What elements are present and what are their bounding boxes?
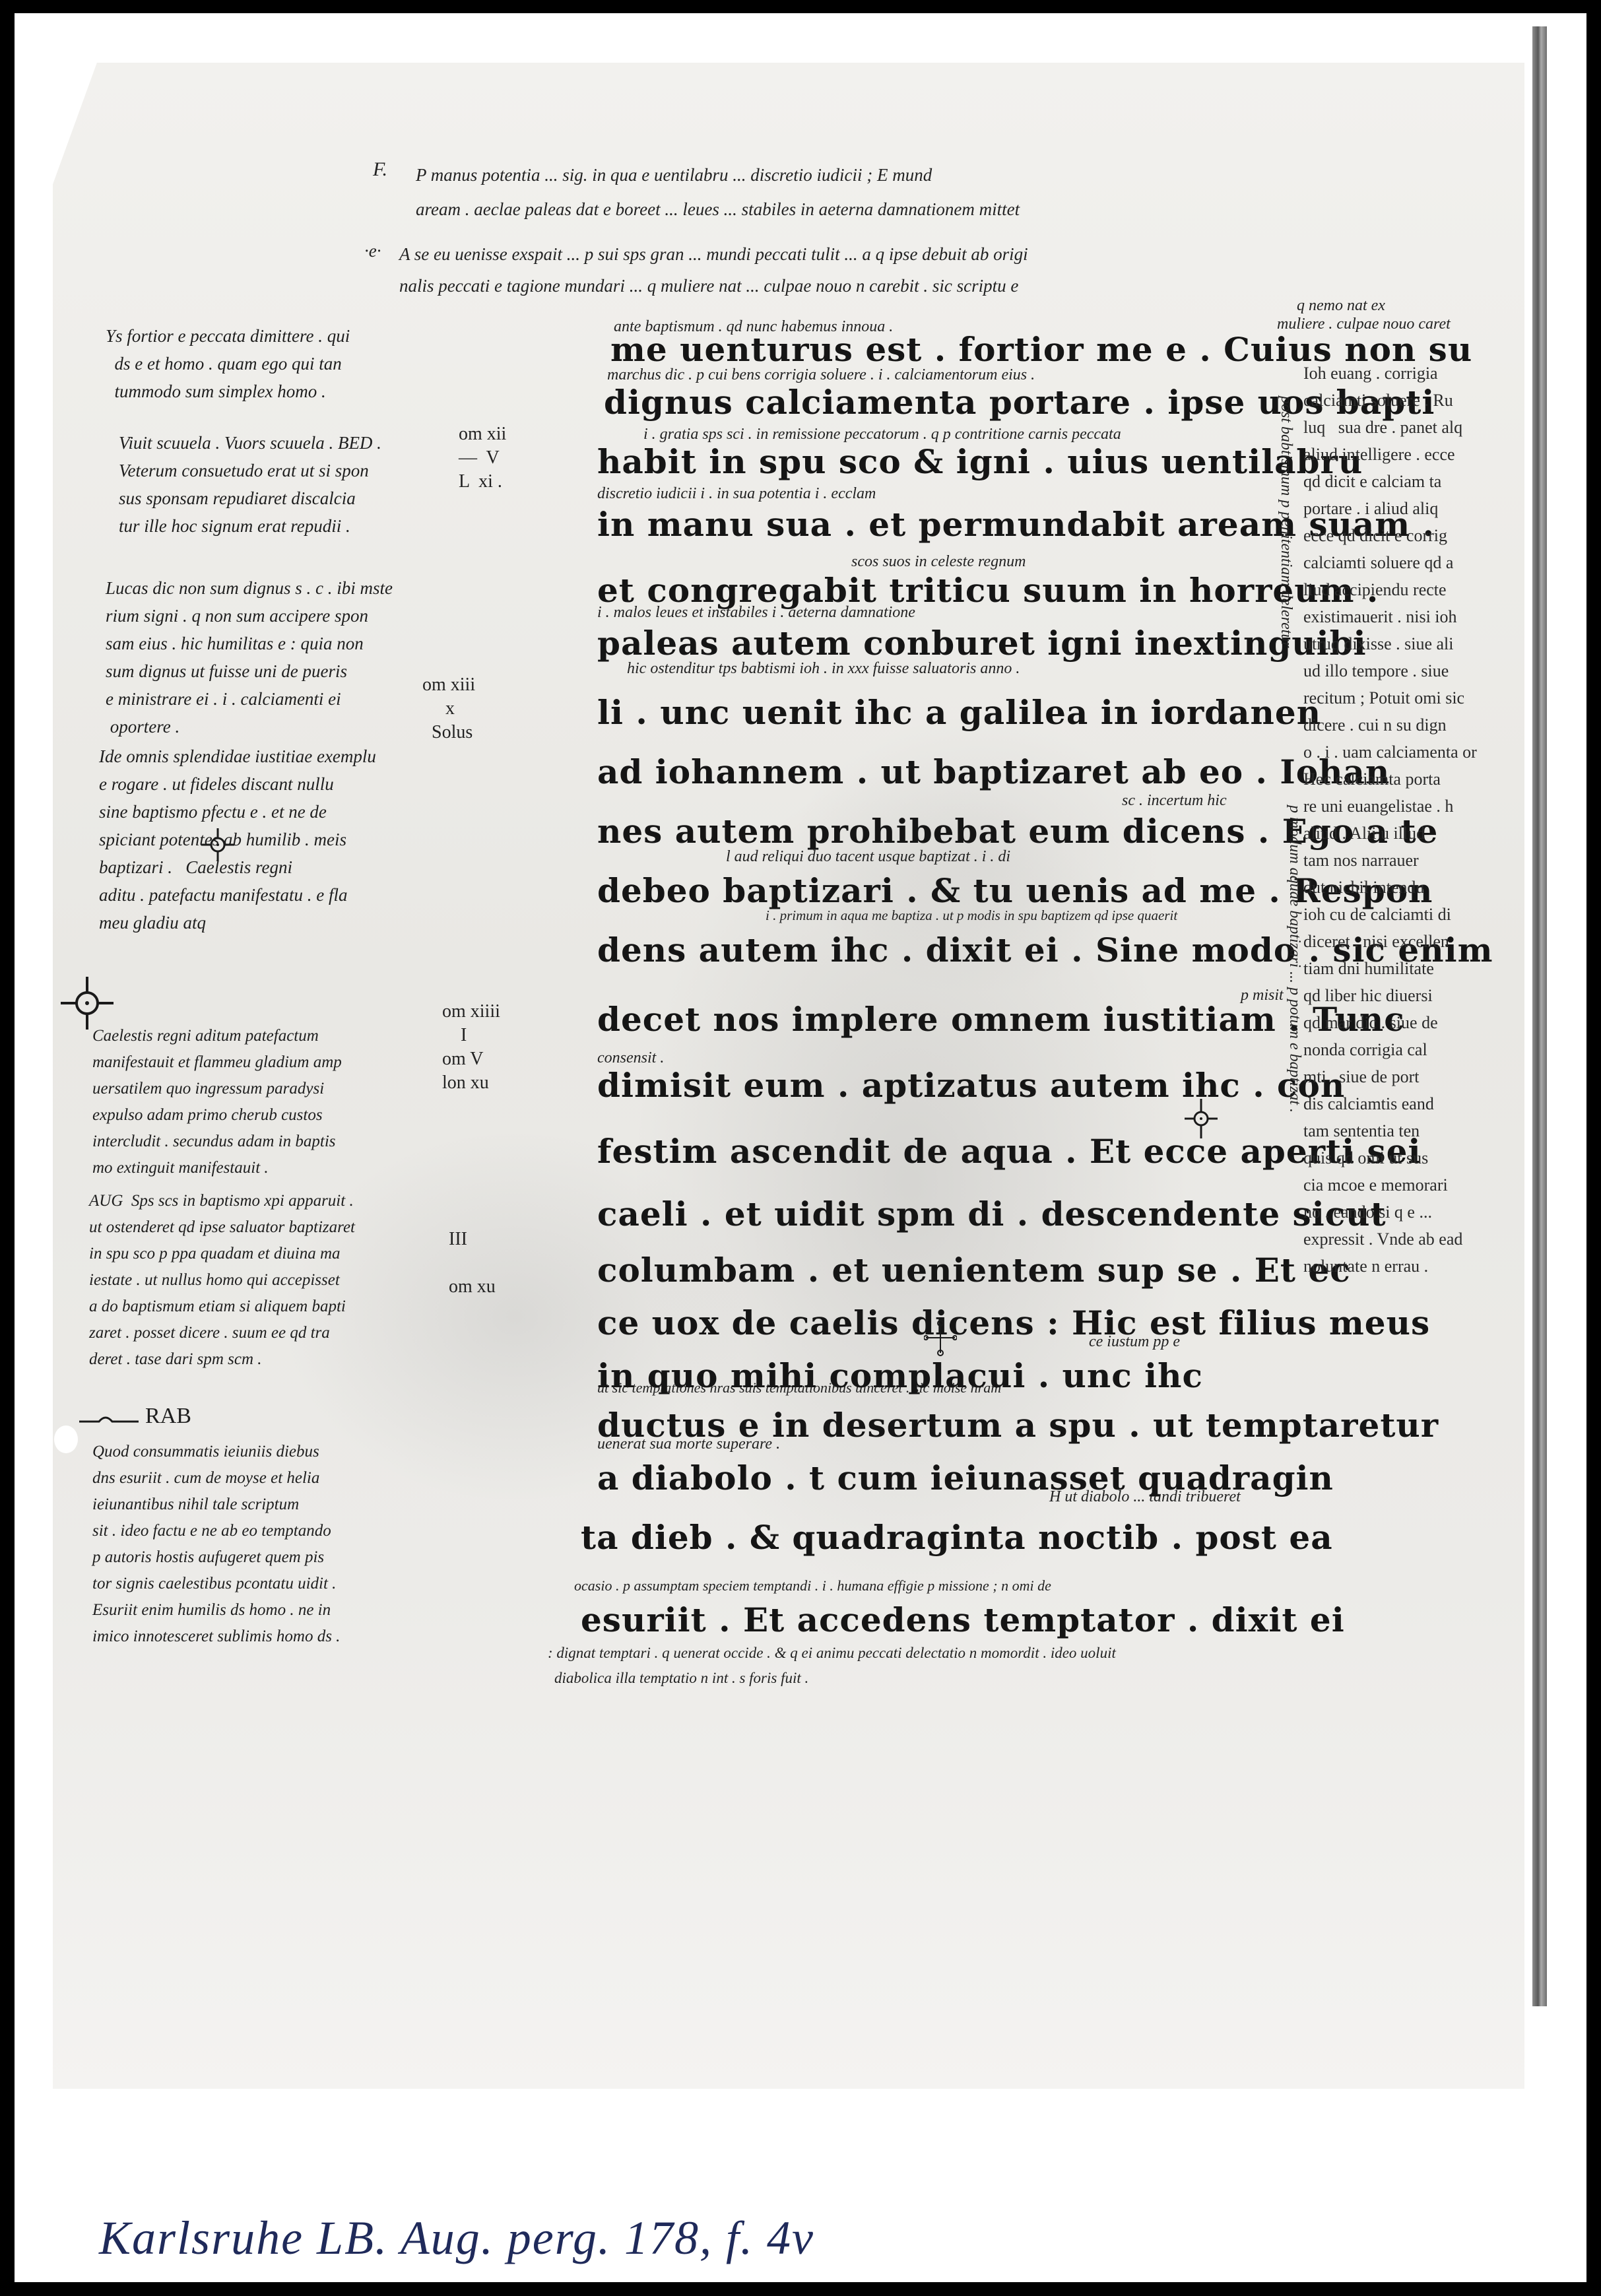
margin-note-block-2: Viuit scuuela . Vuors scuuela . BED . Ve… [119,429,381,540]
gloss-mark-f: F. [373,158,387,181]
interlinear-gloss: ocasio . p assumptam speciem temptandi .… [574,1577,1051,1594]
circle-cross-icon [201,828,234,861]
text-line: paleas autem conburet igni inextinguibi [597,624,1367,663]
text-line: caeli . et uidit spm di . descendente si… [597,1195,1387,1233]
margin-note-block-5: Caelestis regni aditum patefactum manife… [92,1023,342,1181]
bottom-gloss-line-1: : dignat temptari . q uenerat occide . &… [548,1645,1116,1662]
parchment-hole [54,1426,78,1453]
interlinear-gloss: i . gratia sps sci . in remissione pecca… [643,426,1121,443]
interlinear-gloss: hic ostenditur tps babtismi ioh . in xxx… [627,660,1020,678]
interlinear-gloss: sc . incertum hic [1122,792,1227,810]
margin-note-block-4: Ide omnis splendidae iustitiae exemplu e… [99,742,376,936]
margin-heading-rab: RAB [145,1402,191,1430]
text-line: decet nos implere omnem iustitiam . Tunc [597,1000,1405,1039]
text-line: habit in spu sco & igni . uius uentilabr… [597,442,1363,481]
canon-number: III om xu [449,1228,496,1299]
margin-note-block-7: Quod consummatis ieiuniis diebus dns esu… [92,1439,340,1650]
text-line: ce uox de caelis dicens : Hic est filius… [597,1303,1430,1342]
catalogue-caption: Karlsruhe LB. Aug. perg. 178, f. 4v [99,2211,814,2266]
circle-cross-icon [61,977,114,1030]
interlinear-gloss: scos suos in celeste regnum [851,553,1026,571]
canon-number: om xiii x Solus [422,673,475,744]
vertical-margin-note-2: p modum aquae baptizari ... p potum e ba… [1286,805,1303,1399]
text-line: esuriit . Et accedens temptator . dixit … [581,1600,1345,1639]
interlinear-gloss: i . primum in aqua me baptiza . ut p mod… [766,907,1177,924]
top-gloss-line-2: aream . aeclae paleas dat e boreet ... l… [416,199,1020,220]
top-gloss-line-1: P manus potentia ... sig. in qua e uenti… [416,165,932,185]
text-line: li . unc uenit ihc a galilea in iordanen [597,693,1321,732]
text-line: a diabolo . t cum ieiunasset quadragin [597,1459,1334,1497]
text-line: ta dieb . & quadraginta noctib . post ea [581,1518,1333,1557]
margin-note-block-3: Lucas dic non sum dignus s . c . ibi mst… [106,574,393,740]
gloss-mark-e: ·e· [364,241,381,261]
interlinear-gloss: l aud reliqui duo tacent usque baptizat … [726,848,1010,866]
interlinear-gloss: i . malos leues et instabiles i . aetern… [597,604,915,622]
right-margin-commentary: Ioh euang . corrigia calciamti soluere .… [1303,360,1477,1280]
bottom-gloss-line-2: diabolica illa temptatio n int . s foris… [554,1670,808,1687]
margin-note-block-1: Ys fortior e peccata dimittere . qui ds … [106,322,350,405]
interlinear-gloss: consensit . [597,1049,664,1067]
text-line: dimisit eum . aptizatus autem ihc . con [597,1066,1345,1105]
vertical-margin-note-1: post babtismum p penitentiam deleretur . [1277,396,1295,858]
text-line: ad iohannem . ut baptizaret ab eo . Ioha… [597,752,1390,791]
margin-note-block-6: AUG Sps scs in baptismo xpi apparuit . u… [89,1188,355,1373]
interlinear-gloss: discretio iudicii i . in sua potentia i … [597,485,876,503]
canon-number: om xiiii I om V lon xu [442,1000,500,1095]
text-line: in quo mihi complacui . unc ihc [597,1356,1203,1395]
top-gloss-line-5: q nemo nat ex [1297,297,1385,315]
binding-edge [1532,26,1547,2006]
top-gloss-line-4: nalis peccati e tagione mundari ... q mu… [399,276,1018,296]
top-gloss-line-3: A se eu uenisse exspait ... p sui sps gr… [399,244,1028,265]
circle-cross-icon [1185,1099,1218,1138]
paragraph-mark-icon [79,1412,139,1426]
interlinear-gloss: marchus dic . p cui bens corrigia soluer… [607,366,1035,384]
text-line: columbam . et uenientem sup se . Et ec [597,1251,1351,1290]
text-line: ductus e in desertum a spu . ut temptare… [597,1406,1439,1445]
canon-number: om xii — V L xi . [459,422,506,494]
dotted-cross-icon [924,1320,957,1356]
